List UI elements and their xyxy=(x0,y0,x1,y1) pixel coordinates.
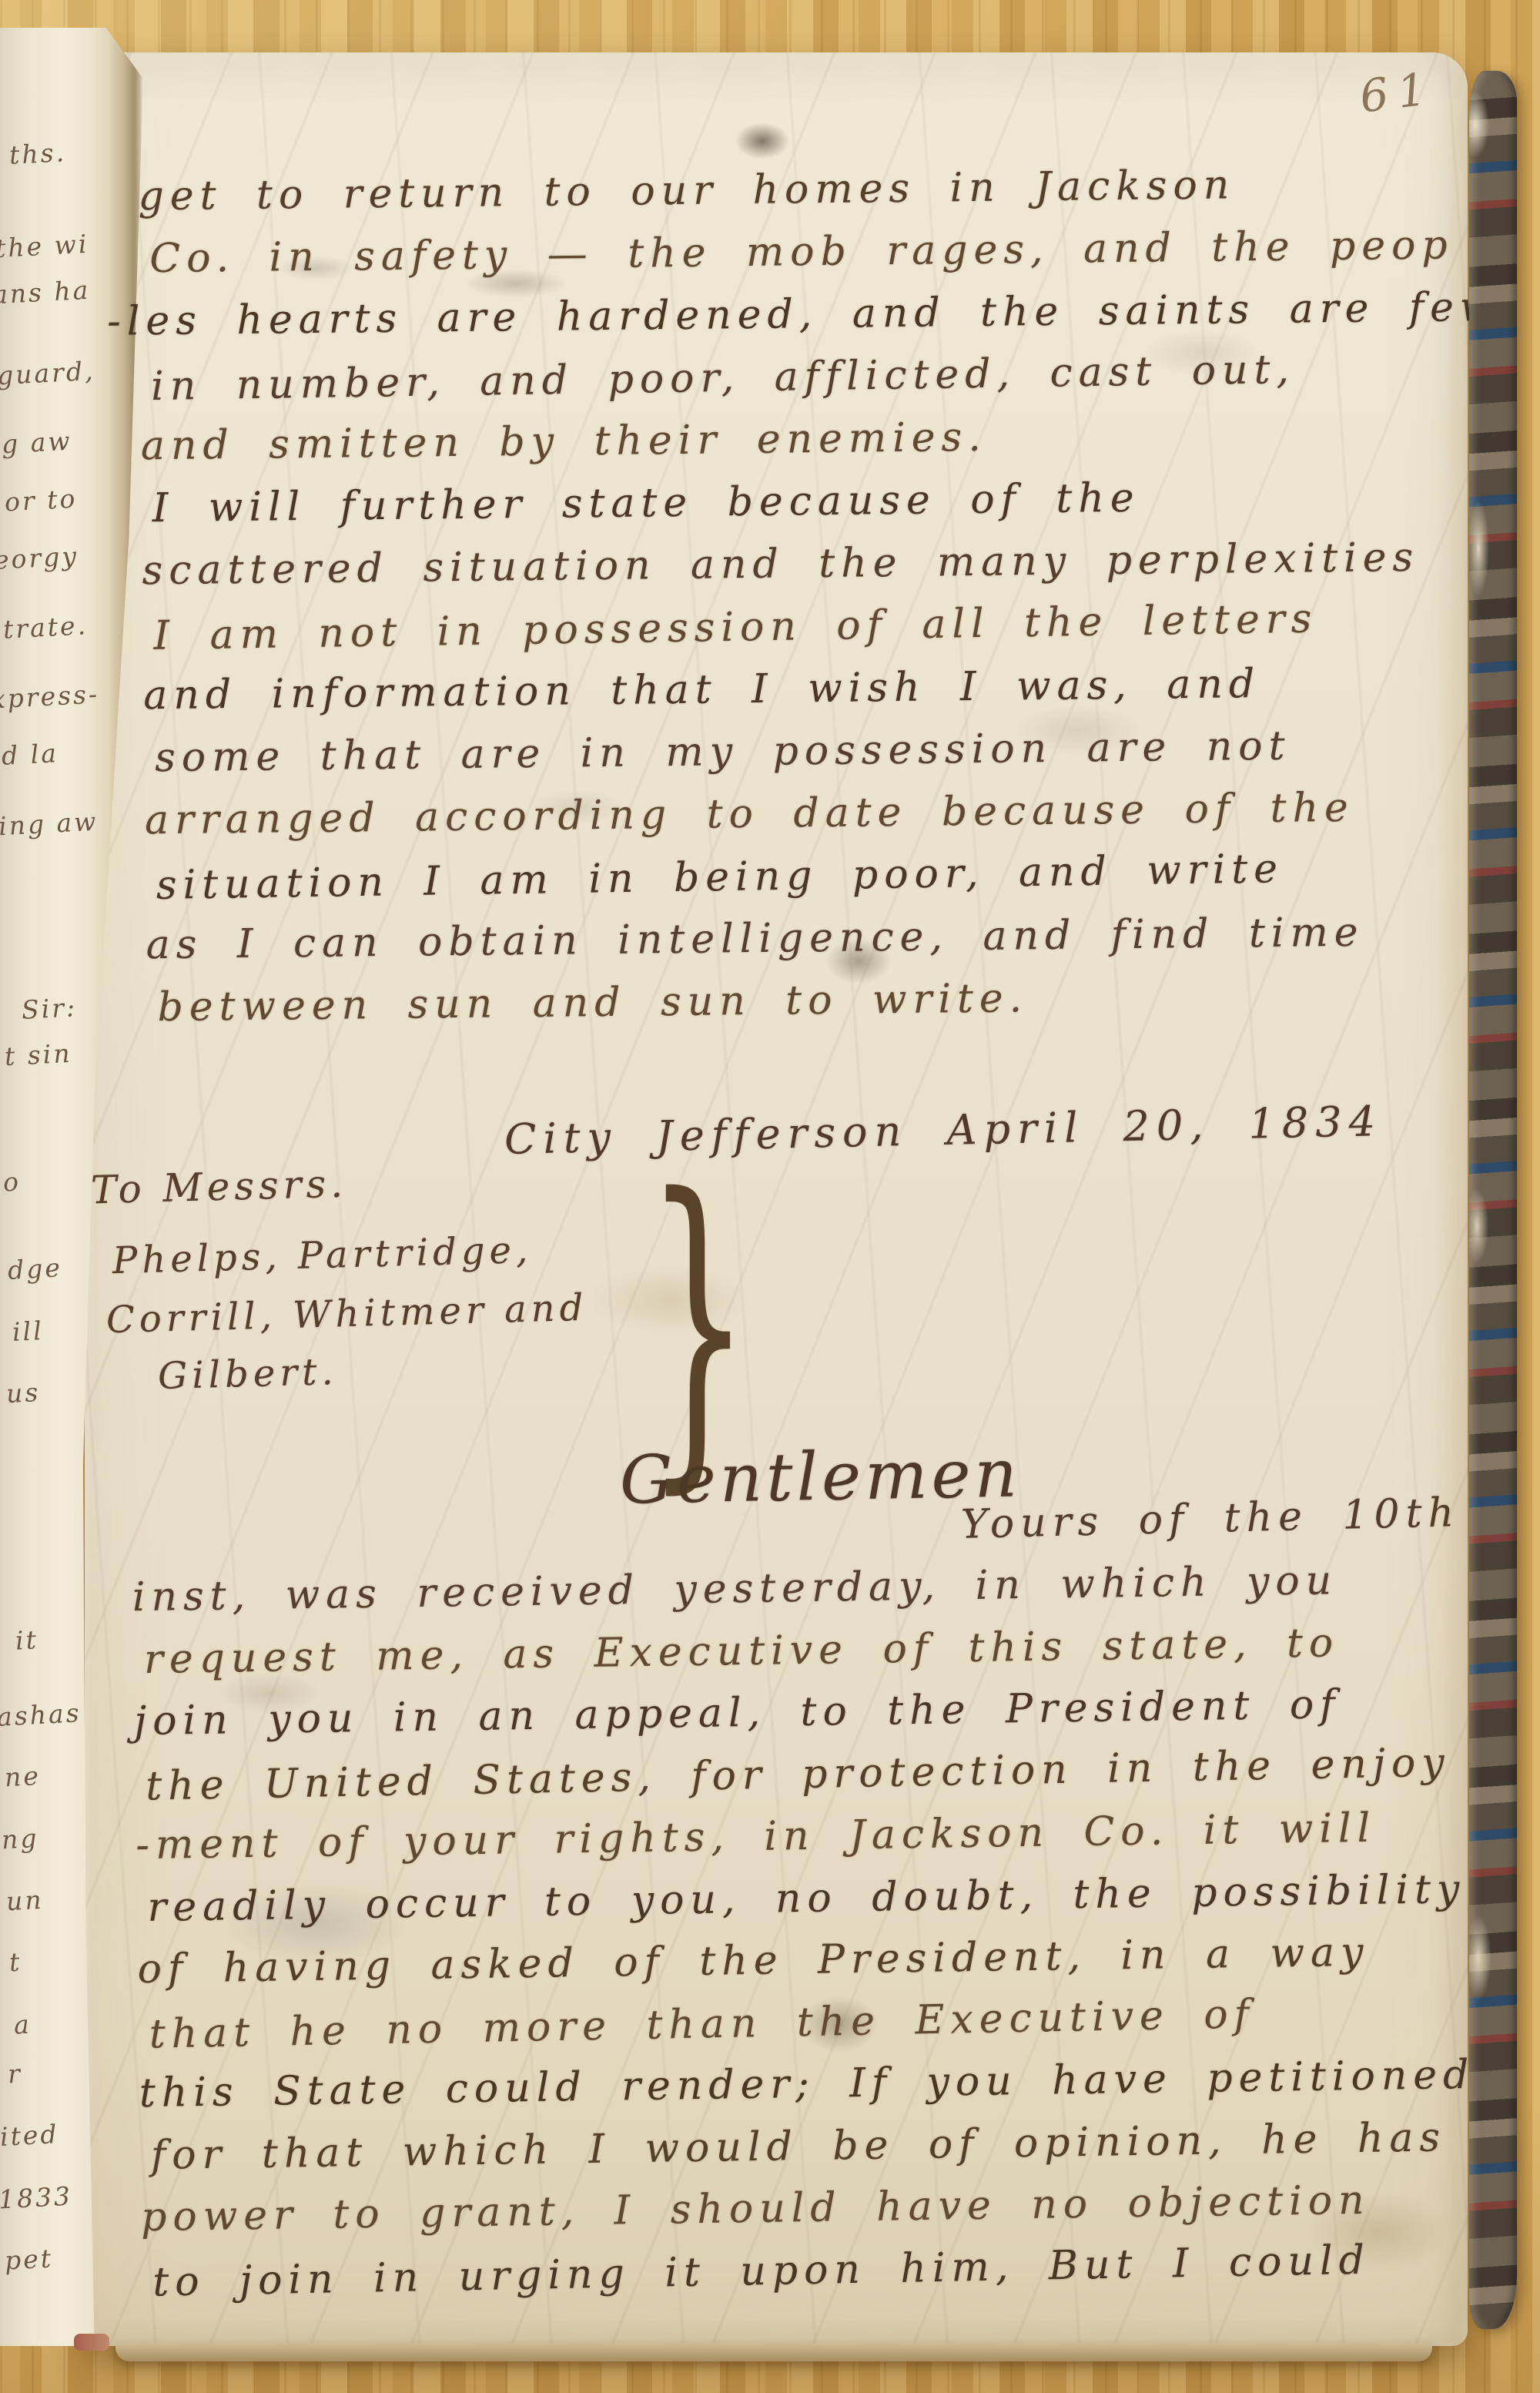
page-fragment: dge xyxy=(7,1252,63,1285)
page-fragment: pet xyxy=(4,2243,54,2275)
page-fragment: ng xyxy=(1,1823,39,1855)
page-fragment: t sin xyxy=(4,1038,72,1072)
page-fragment: ill xyxy=(12,1315,45,1347)
page-fragment: a xyxy=(13,2009,32,2039)
page-fragment: 1833 xyxy=(0,2181,73,2215)
binding-corner xyxy=(74,2334,109,2351)
address-to: To Messrs. xyxy=(90,1161,347,1213)
page-fragment: ths. xyxy=(8,137,67,170)
page-fragment: d la xyxy=(1,738,59,771)
address-name: Gilbert. xyxy=(157,1350,338,1398)
page-fragment: Sir: xyxy=(21,992,78,1025)
page-fragment: guard, xyxy=(0,356,95,391)
page-fragment: t xyxy=(8,1947,22,1978)
page-fragment: o xyxy=(2,1166,22,1197)
page-fragment: g aw xyxy=(1,426,72,460)
page-fragment: ited xyxy=(0,2119,59,2152)
page-fragment: us xyxy=(5,1377,41,1409)
page-fragment: ashas xyxy=(0,1698,82,1732)
page-fragment: it xyxy=(15,1624,39,1656)
address-brace: } xyxy=(645,1168,691,1482)
page-fragment: eorgy xyxy=(0,541,79,575)
page-number: 61 xyxy=(1357,62,1438,122)
page-fragment: r xyxy=(7,2059,23,2090)
page-fragment: un xyxy=(5,1885,44,1916)
page-fragment: ing aw xyxy=(0,806,99,842)
page-fragment: or to xyxy=(4,484,78,518)
page-block-bottom-edge xyxy=(115,2343,1432,2361)
marbled-fore-edge xyxy=(1469,71,1517,2329)
letter-body: inst, was received yesterday, in which y… xyxy=(132,1548,1478,2311)
page-fragment: ne xyxy=(4,1761,42,1792)
page-fragment: trate. xyxy=(2,610,89,645)
letter-continuation-paragraphs: get to return to our homes in Jackson Co… xyxy=(138,152,1508,1039)
page-fragment: ans ha xyxy=(0,275,91,310)
page-fragment: xpress- xyxy=(0,679,100,714)
page-tears xyxy=(1469,71,1517,2329)
page-fragment: the wi xyxy=(0,229,89,263)
